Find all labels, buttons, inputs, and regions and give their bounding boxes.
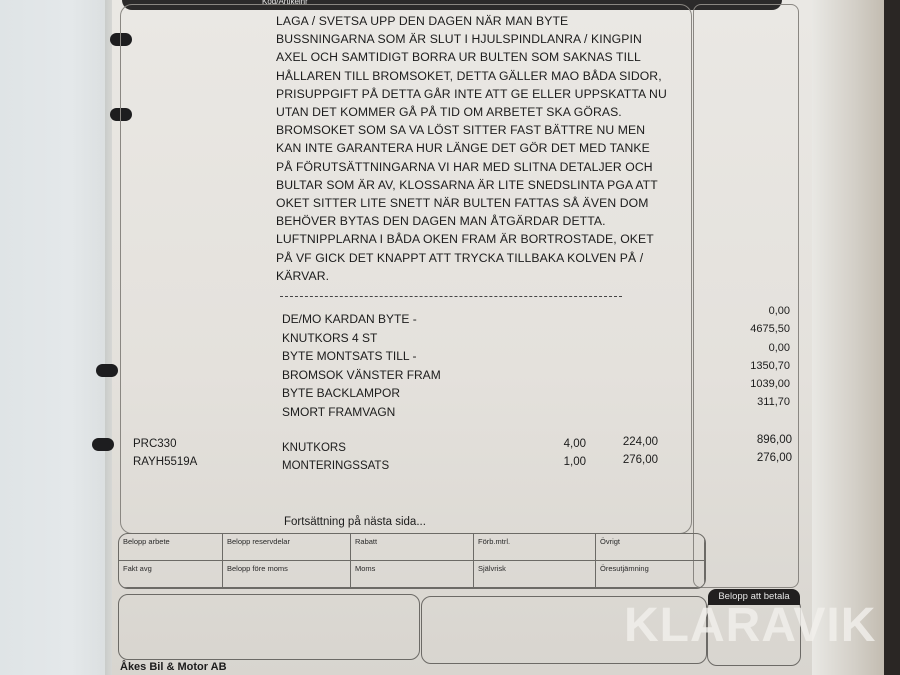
work-amount: 1350,70 — [700, 357, 790, 375]
company-name: Åkes Bil & Motor AB — [120, 661, 227, 673]
work-description: LAGA / SVETSA UPP DEN DAGEN NÄR MAN BYTE… — [276, 12, 676, 285]
description-line: LAGA / SVETSA UPP DEN DAGEN NÄR MAN BYTE — [276, 12, 676, 30]
work-amount: 311,70 — [700, 393, 790, 411]
description-line: PÅ VF GICK DET KNAPPT ATT TRYCKA TILLBAK… — [276, 249, 676, 267]
work-item: BYTE MONTSATS TILL - — [282, 347, 441, 366]
summary-label: Belopp före moms — [223, 561, 351, 588]
notes-box — [118, 594, 420, 660]
description-line: PÅ FÖRUTSÄTTNINGARNA VI HAR MED SLITNA D… — [276, 158, 676, 176]
description-line: OKET SITTER LITE SNETT NÄR BULTEN FATTAS… — [276, 194, 676, 212]
summary-label: Belopp reservdelar — [223, 534, 351, 561]
continuation-note: Fortsättning på nästa sida... — [284, 516, 426, 528]
summary-label: Självrisk — [474, 561, 596, 588]
work-item: BROMSOK VÄNSTER FRAM — [282, 366, 441, 385]
description-line: BULTAR SOM ÄR AV, KLOSSARNA ÄR LITE SNED… — [276, 176, 676, 194]
binder-ring — [96, 364, 118, 377]
description-line: BUSSNINGARNA SOM ÄR SLUT I HJULSPINDLANR… — [276, 30, 676, 48]
work-items: DE/MO KARDAN BYTE -KNUTKORS 4 STBYTE MON… — [282, 310, 441, 422]
left-page — [0, 0, 118, 675]
binder-ring — [92, 438, 114, 451]
description-line: KÄRVAR. — [276, 267, 676, 285]
work-item: BYTE BACKLAMPOR — [282, 384, 441, 403]
summary-label: Fakt avg — [119, 561, 223, 588]
part-name: KNUTKORS — [282, 442, 346, 454]
summary-label: Moms — [351, 561, 474, 588]
summary-label: Öresutjämning — [596, 561, 705, 588]
summary-label: Övrigt — [596, 534, 705, 561]
work-amounts: 0,004675,500,001350,701039,00311,70 — [700, 302, 790, 412]
part-code: RAYH5519A — [133, 456, 197, 468]
part-unit-price: 276,00 — [610, 454, 658, 466]
amount-column — [693, 4, 799, 588]
summary-label: Förb.mtrl. — [474, 534, 596, 561]
part-name: MONTERINGSSATS — [282, 460, 389, 472]
binder-edge — [884, 0, 900, 675]
description-line: UTAN DET KOMMER GÅ PÅ TID OM ARBETET SKA… — [276, 103, 676, 121]
part-qty: 4,00 — [540, 438, 586, 450]
summary-table: Belopp arbeteBelopp reservdelarRabattFör… — [118, 533, 706, 589]
work-amount: 4675,50 — [700, 320, 790, 338]
part-code: PRC330 — [133, 438, 176, 450]
description-line: BEHÖVER BYTAS DEN DAGEN MAN ÅTGÄRDAR DET… — [276, 212, 676, 230]
description-line: AXEL OCH SAMTIDIGT BORRA UR BULTEN SOM S… — [276, 48, 676, 66]
description-line: KAN INTE GARANTERA HUR LÄNGE DET GÖR DET… — [276, 139, 676, 157]
work-amount: 1039,00 — [700, 375, 790, 393]
work-amount: 0,00 — [700, 339, 790, 357]
description-line: BROMSOKET SOM SA VA LÖST SITTER FAST BÄT… — [276, 121, 676, 139]
description-line: HÅLLAREN TILL BROMSOKET, DETTA GÄLLER MA… — [276, 67, 676, 85]
work-item: KNUTKORS 4 ST — [282, 329, 441, 348]
watermark: KLARAVIK — [624, 598, 876, 653]
work-item: DE/MO KARDAN BYTE - — [282, 310, 441, 329]
part-amount: 276,00 — [730, 452, 792, 464]
page-stack-edge — [812, 0, 884, 675]
part-amount: 896,00 — [730, 434, 792, 446]
summary-label: Rabatt — [351, 534, 474, 561]
description-line: PRISUPPGIFT PÅ DETTA GÅR INTE ATT GE ELL… — [276, 85, 676, 103]
description-line: LUFTNIPPLARNA I BÅDA OKEN FRAM ÄR BORTRO… — [276, 230, 676, 248]
work-amount: 0,00 — [700, 302, 790, 320]
part-qty: 1,00 — [540, 456, 586, 468]
separator-line — [280, 296, 622, 297]
summary-label: Belopp arbete — [119, 534, 223, 561]
work-item: SMORT FRAMVAGN — [282, 403, 441, 422]
part-unit-price: 224,00 — [610, 436, 658, 448]
